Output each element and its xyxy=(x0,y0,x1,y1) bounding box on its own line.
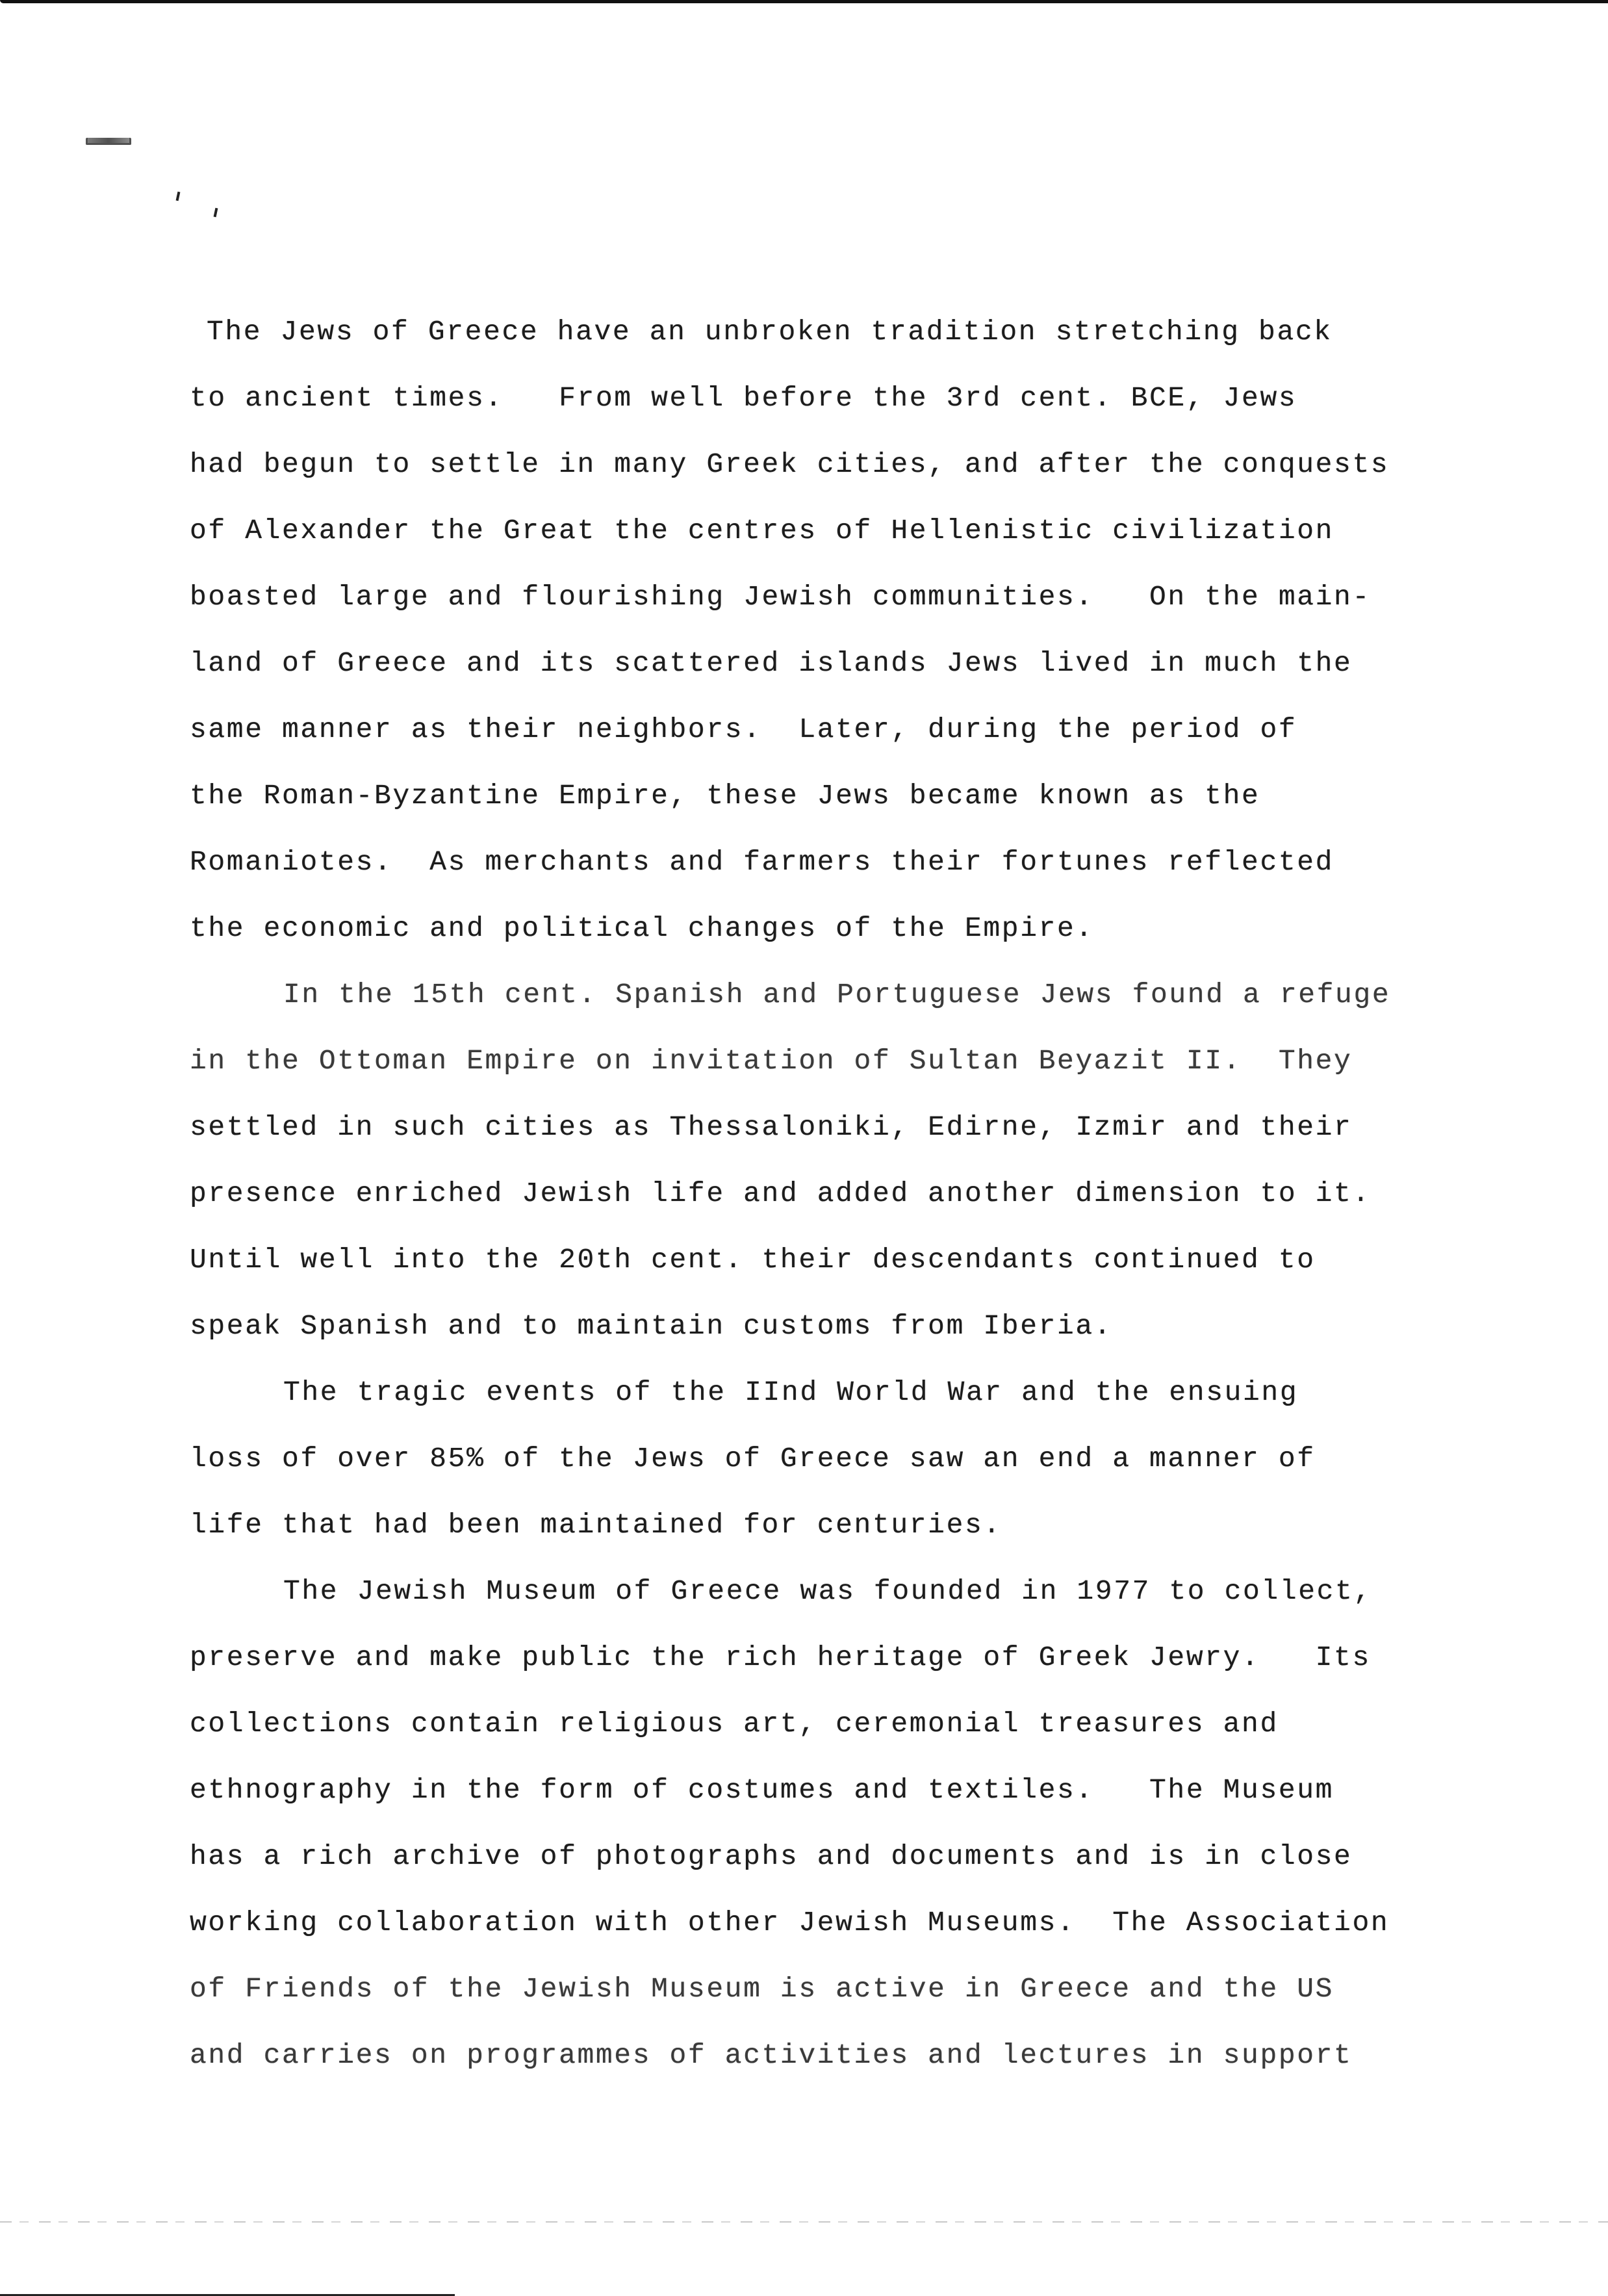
text-line: of Alexander the Great the centres of He… xyxy=(190,498,1554,564)
text-line: in the Ottoman Empire on invitation of S… xyxy=(190,1028,1554,1094)
text-line: same manner as their neighbors. Later, d… xyxy=(190,697,1554,763)
text-line: life that had been maintained for centur… xyxy=(190,1492,1554,1558)
staple-mark xyxy=(86,138,131,145)
text-line: to ancient times. From well before the 3… xyxy=(190,365,1554,432)
corner-tick-mark xyxy=(214,208,218,218)
text-line: land of Greece and its scattered islands… xyxy=(190,630,1554,697)
text-line: speak Spanish and to maintain customs fr… xyxy=(190,1293,1554,1360)
text-line: loss of over 85% of the Jews of Greece s… xyxy=(190,1426,1554,1492)
corner-tick-mark xyxy=(176,192,181,201)
text-line: collections contain religious art, cerem… xyxy=(190,1691,1554,1757)
text-line: had begun to settle in many Greek cities… xyxy=(190,432,1554,498)
text-line: preserve and make public the rich herita… xyxy=(190,1625,1554,1691)
text-line: The Jewish Museum of Greece was founded … xyxy=(190,1558,1554,1625)
text-line: Romaniotes. As merchants and farmers the… xyxy=(190,829,1554,896)
text-line: settled in such cities as Thessaloniki, … xyxy=(190,1094,1554,1161)
text-line: The Jews of Greece have an unbroken trad… xyxy=(190,299,1554,365)
page-top-edge xyxy=(0,0,1608,3)
text-line: ethnography in the form of costumes and … xyxy=(190,1757,1554,1824)
text-line: Until well into the 20th cent. their des… xyxy=(190,1227,1554,1293)
text-line: In the 15th cent. Spanish and Portuguese… xyxy=(190,962,1554,1028)
paragraph-holocaust: The tragic events of the IInd World War … xyxy=(190,1360,1554,1558)
paragraph-sephardic: In the 15th cent. Spanish and Portuguese… xyxy=(190,962,1554,1360)
typewritten-document: The Jews of Greece have an unbroken trad… xyxy=(190,299,1554,2089)
text-line: boasted large and flourishing Jewish com… xyxy=(190,564,1554,630)
text-line: of Friends of the Jewish Museum is activ… xyxy=(190,1956,1554,2022)
paragraph-history: The Jews of Greece have an unbroken trad… xyxy=(190,299,1554,962)
text-line: working collaboration with other Jewish … xyxy=(190,1890,1554,1956)
text-line: the economic and political changes of th… xyxy=(190,896,1554,962)
text-line: has a rich archive of photographs and do… xyxy=(190,1824,1554,1890)
text-line: presence enriched Jewish life and added … xyxy=(190,1161,1554,1227)
scan-fold-line xyxy=(0,2221,1608,2223)
paragraph-museum: The Jewish Museum of Greece was founded … xyxy=(190,1558,1554,2089)
text-line: The tragic events of the IInd World War … xyxy=(190,1360,1554,1426)
text-line: the Roman-Byzantine Empire, these Jews b… xyxy=(190,763,1554,829)
text-line: and carries on programmes of activities … xyxy=(190,2022,1554,2089)
